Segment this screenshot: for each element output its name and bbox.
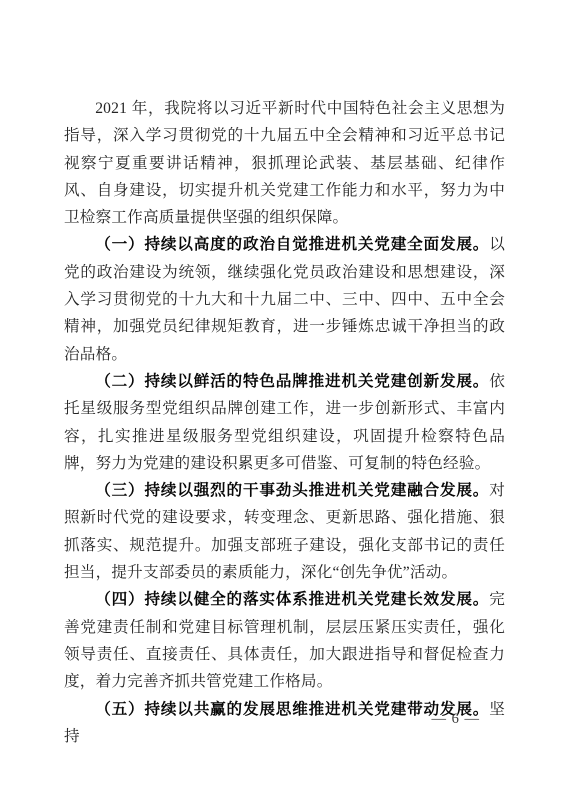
document-page: 2021 年，我院将以习近平新时代中国特色社会主义思想为指导，深入学习贯彻党的十…: [0, 0, 565, 800]
paragraph-lead: （四）持续以健全的落实体系推进机关党建长效发展。: [95, 591, 489, 608]
paragraph-text: 以党的政治建设为统领，继续强化党员政治建设和思想建设，深入学习贯彻党的十九大和十…: [64, 236, 505, 362]
page-body-text: 2021 年，我院将以习近平新时代中国特色社会主义思想为指导，深入学习贯彻党的十…: [64, 95, 505, 750]
paragraph-section-2: （二）持续以鲜活的特色品牌推进机关党建创新发展。依托星级服务型党组织品牌创建工作…: [64, 368, 505, 477]
paragraph-section-3: （三）持续以强烈的干事劲头推进机关党建融合发展。对照新时代党的建设要求，转变理念…: [64, 477, 505, 586]
paragraph-lead: （五）持续以共赢的发展思维推进机关党建带动发展。: [95, 701, 489, 718]
paragraph-lead: （二）持续以鲜活的特色品牌推进机关党建创新发展。: [95, 373, 489, 390]
paragraph-text: 2021 年，我院将以习近平新时代中国特色社会主义思想为指导，深入学习贯彻党的十…: [64, 100, 505, 226]
page-number: — 6 —: [432, 710, 481, 728]
paragraph-lead: （三）持续以强烈的干事劲头推进机关党建融合发展。: [95, 482, 489, 499]
paragraph-section-4: （四）持续以健全的落实体系推进机关党建长效发展。完善党建责任制和党建目标管理机制…: [64, 586, 505, 695]
paragraph-section-1: （一）持续以高度的政治自觉推进机关党建全面发展。以党的政治建设为统领，继续强化党…: [64, 231, 505, 367]
paragraph-lead: （一）持续以高度的政治自觉推进机关党建全面发展。: [95, 236, 489, 253]
paragraph-intro: 2021 年，我院将以习近平新时代中国特色社会主义思想为指导，深入学习贯彻党的十…: [64, 95, 505, 231]
